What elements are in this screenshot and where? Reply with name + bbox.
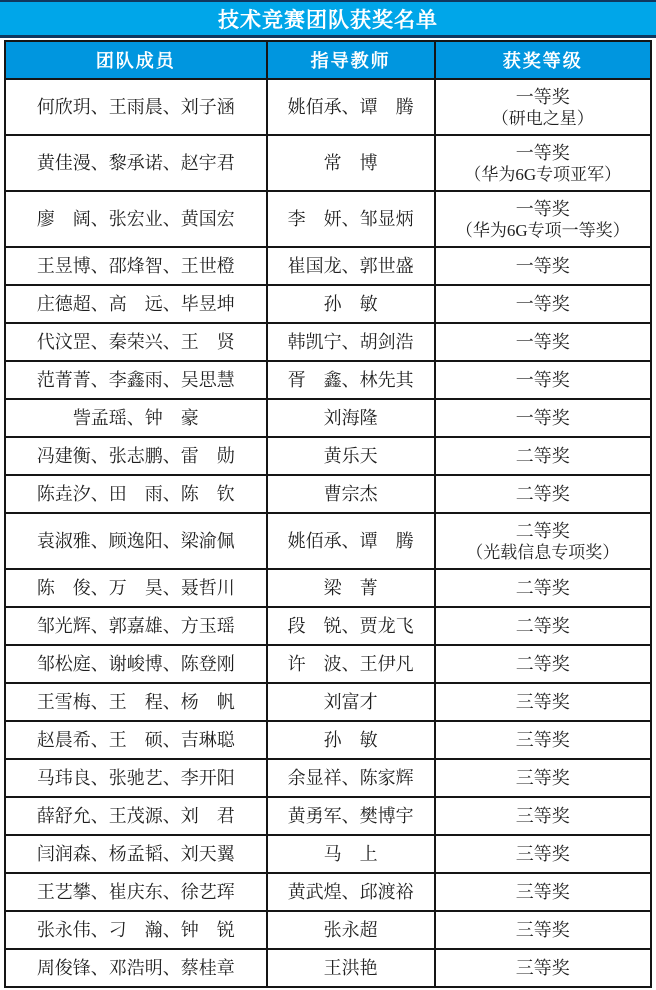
table-row: 庄德超、高 远、毕昱坤 孙 敏 一等奖: [5, 285, 651, 323]
table-row: 何欣玥、王雨晨、刘子涵 姚佰承、谭 腾 一等奖 （研电之星）: [5, 79, 651, 135]
award-note: （华为6G专项一等奖）: [440, 221, 646, 241]
members-cell: 赵晨希、王 硕、吉琳聪: [5, 721, 267, 759]
teachers-cell: 王洪艳: [267, 949, 435, 987]
teachers-cell: 常 博: [267, 135, 435, 191]
table-row: 代汶罡、秦荣兴、王 贤 韩凯宁、胡剑浩 一等奖: [5, 323, 651, 361]
table-row: 袁淑雅、顾逸阳、梁渝佩 姚佰承、谭 腾 二等奖 （光载信息专项奖）: [5, 513, 651, 569]
teachers-cell: 刘海隆: [267, 399, 435, 437]
award-cell: 一等奖: [435, 361, 651, 399]
award-level: 二等奖: [516, 654, 570, 674]
table-row: 邹松庭、谢峻博、陈登刚 许 波、王伊凡 二等奖: [5, 645, 651, 683]
award-cell: 二等奖: [435, 645, 651, 683]
members-cell: 冯建衡、张志鹏、雷 勋: [5, 437, 267, 475]
header-cell-members: 团队成员: [5, 41, 267, 79]
award-cell: 二等奖: [435, 437, 651, 475]
award-level: 三等奖: [516, 920, 570, 940]
award-level: 三等奖: [516, 692, 570, 712]
members-cell: 王雪梅、王 程、杨 帆: [5, 683, 267, 721]
table-row: 张永伟、刁 瀚、钟 锐 张永超 三等奖: [5, 911, 651, 949]
award-cell: 一等奖: [435, 285, 651, 323]
award-level: 二等奖: [516, 616, 570, 636]
teachers-cell: 姚佰承、谭 腾: [267, 513, 435, 569]
award-level: 三等奖: [516, 882, 570, 902]
award-level: 三等奖: [516, 768, 570, 788]
award-level: 三等奖: [516, 844, 570, 864]
award-level: 二等奖: [516, 578, 570, 598]
table-row: 范菁菁、李鑫雨、吴思慧 胥 鑫、林先其 一等奖: [5, 361, 651, 399]
teachers-cell: 张永超: [267, 911, 435, 949]
table-row: 闫润森、杨孟韬、刘天翼 马 上 三等奖: [5, 835, 651, 873]
teachers-cell: 许 波、王伊凡: [267, 645, 435, 683]
award-level: 一等奖: [516, 143, 570, 163]
award-cell: 一等奖: [435, 247, 651, 285]
members-cell: 廖 阔、张宏业、黄国宏: [5, 191, 267, 247]
teachers-cell: 余显祥、陈家辉: [267, 759, 435, 797]
title-bar: 技术竞赛团队获奖名单: [0, 0, 656, 38]
header-cell-teachers: 指导教师: [267, 41, 435, 79]
award-level: 一等奖: [516, 87, 570, 107]
members-cell: 何欣玥、王雨晨、刘子涵: [5, 79, 267, 135]
award-level: 一等奖: [516, 332, 570, 352]
teachers-cell: 段 锐、贾龙飞: [267, 607, 435, 645]
table-row: 王艺攀、崔庆东、徐艺珲 黄武煌、邱渡裕 三等奖: [5, 873, 651, 911]
award-cell: 一等奖 （华为6G专项一等奖）: [435, 191, 651, 247]
members-cell: 庄德超、高 远、毕昱坤: [5, 285, 267, 323]
members-cell: 黄佳漫、黎承诺、赵宇君: [5, 135, 267, 191]
header-row: 团队成员 指导教师 获奖等级: [5, 41, 651, 79]
award-level: 一等奖: [516, 294, 570, 314]
members-cell: 范菁菁、李鑫雨、吴思慧: [5, 361, 267, 399]
award-cell: 一等奖 （研电之星）: [435, 79, 651, 135]
page: 技术竞赛团队获奖名单 团队成员 指导教师 获奖等级 何欣玥、王雨晨、刘子涵 姚佰…: [0, 0, 656, 990]
members-cell: 王昱博、邵烽智、王世橙: [5, 247, 267, 285]
teachers-cell: 刘富才: [267, 683, 435, 721]
members-cell: 闫润森、杨孟韬、刘天翼: [5, 835, 267, 873]
teachers-cell: 黄武煌、邱渡裕: [267, 873, 435, 911]
table-row: 訾孟瑶、钟 豪 刘海隆 一等奖: [5, 399, 651, 437]
teachers-cell: 黄勇军、樊博宇: [267, 797, 435, 835]
award-cell: 一等奖 （华为6G专项亚军）: [435, 135, 651, 191]
award-cell: 三等奖: [435, 873, 651, 911]
award-cell: 三等奖: [435, 721, 651, 759]
award-level: 三等奖: [516, 730, 570, 750]
header-cell-award: 获奖等级: [435, 41, 651, 79]
teachers-cell: 韩凯宁、胡剑浩: [267, 323, 435, 361]
table-body: 何欣玥、王雨晨、刘子涵 姚佰承、谭 腾 一等奖 （研电之星） 黄佳漫、黎承诺、赵…: [5, 79, 651, 987]
award-cell: 三等奖: [435, 759, 651, 797]
award-cell: 一等奖: [435, 399, 651, 437]
table-container: 团队成员 指导教师 获奖等级 何欣玥、王雨晨、刘子涵 姚佰承、谭 腾 一等奖 （…: [0, 38, 656, 990]
teachers-cell: 李 妍、邹显炳: [267, 191, 435, 247]
table-row: 马玮良、张驰艺、李开阳 余显祥、陈家辉 三等奖: [5, 759, 651, 797]
award-level: 一等奖: [516, 370, 570, 390]
award-level: 一等奖: [516, 199, 570, 219]
award-cell: 二等奖: [435, 475, 651, 513]
award-level: 二等奖: [516, 484, 570, 504]
teachers-cell: 黄乐天: [267, 437, 435, 475]
members-cell: 周俊锋、邓浩明、蔡桂章: [5, 949, 267, 987]
award-cell: 二等奖: [435, 607, 651, 645]
members-cell: 马玮良、张驰艺、李开阳: [5, 759, 267, 797]
teachers-cell: 曹宗杰: [267, 475, 435, 513]
award-table: 团队成员 指导教师 获奖等级 何欣玥、王雨晨、刘子涵 姚佰承、谭 腾 一等奖 （…: [4, 40, 652, 988]
table-row: 陈垚汐、田 雨、陈 钦 曹宗杰 二等奖: [5, 475, 651, 513]
members-cell: 訾孟瑶、钟 豪: [5, 399, 267, 437]
award-level: 一等奖: [516, 408, 570, 428]
table-row: 陈 俊、万 昊、聂哲川 梁 菁 二等奖: [5, 569, 651, 607]
award-level: 二等奖: [516, 446, 570, 466]
table-row: 廖 阔、张宏业、黄国宏 李 妍、邹显炳 一等奖 （华为6G专项一等奖）: [5, 191, 651, 247]
table-row: 黄佳漫、黎承诺、赵宇君 常 博 一等奖 （华为6G专项亚军）: [5, 135, 651, 191]
award-note: （光载信息专项奖）: [440, 543, 646, 563]
award-level: 二等奖: [516, 521, 570, 541]
teachers-cell: 孙 敏: [267, 721, 435, 759]
table-row: 邹光辉、郭嘉雄、方玉瑶 段 锐、贾龙飞 二等奖: [5, 607, 651, 645]
table-row: 王昱博、邵烽智、王世橙 崔国龙、郭世盛 一等奖: [5, 247, 651, 285]
members-cell: 陈 俊、万 昊、聂哲川: [5, 569, 267, 607]
table-row: 冯建衡、张志鹏、雷 勋 黄乐天 二等奖: [5, 437, 651, 475]
teachers-cell: 姚佰承、谭 腾: [267, 79, 435, 135]
members-cell: 代汶罡、秦荣兴、王 贤: [5, 323, 267, 361]
table-row: 赵晨希、王 硕、吉琳聪 孙 敏 三等奖: [5, 721, 651, 759]
members-cell: 袁淑雅、顾逸阳、梁渝佩: [5, 513, 267, 569]
members-cell: 陈垚汐、田 雨、陈 钦: [5, 475, 267, 513]
award-note: （研电之星）: [440, 109, 646, 129]
award-cell: 一等奖: [435, 323, 651, 361]
teachers-cell: 梁 菁: [267, 569, 435, 607]
members-cell: 邹光辉、郭嘉雄、方玉瑶: [5, 607, 267, 645]
award-level: 三等奖: [516, 958, 570, 978]
award-cell: 二等奖: [435, 569, 651, 607]
award-note: （华为6G专项亚军）: [440, 165, 646, 185]
table-row: 周俊锋、邓浩明、蔡桂章 王洪艳 三等奖: [5, 949, 651, 987]
teachers-cell: 马 上: [267, 835, 435, 873]
members-cell: 张永伟、刁 瀚、钟 锐: [5, 911, 267, 949]
award-cell: 三等奖: [435, 949, 651, 987]
award-level: 三等奖: [516, 806, 570, 826]
page-title: 技术竞赛团队获奖名单: [218, 4, 438, 34]
members-cell: 王艺攀、崔庆东、徐艺珲: [5, 873, 267, 911]
teachers-cell: 孙 敏: [267, 285, 435, 323]
members-cell: 薛舒允、王茂源、刘 君: [5, 797, 267, 835]
table-row: 薛舒允、王茂源、刘 君 黄勇军、樊博宇 三等奖: [5, 797, 651, 835]
award-cell: 三等奖: [435, 835, 651, 873]
award-level: 一等奖: [516, 256, 570, 276]
table-row: 王雪梅、王 程、杨 帆 刘富才 三等奖: [5, 683, 651, 721]
award-cell: 二等奖 （光载信息专项奖）: [435, 513, 651, 569]
members-cell: 邹松庭、谢峻博、陈登刚: [5, 645, 267, 683]
award-cell: 三等奖: [435, 797, 651, 835]
teachers-cell: 崔国龙、郭世盛: [267, 247, 435, 285]
award-cell: 三等奖: [435, 911, 651, 949]
award-cell: 三等奖: [435, 683, 651, 721]
teachers-cell: 胥 鑫、林先其: [267, 361, 435, 399]
